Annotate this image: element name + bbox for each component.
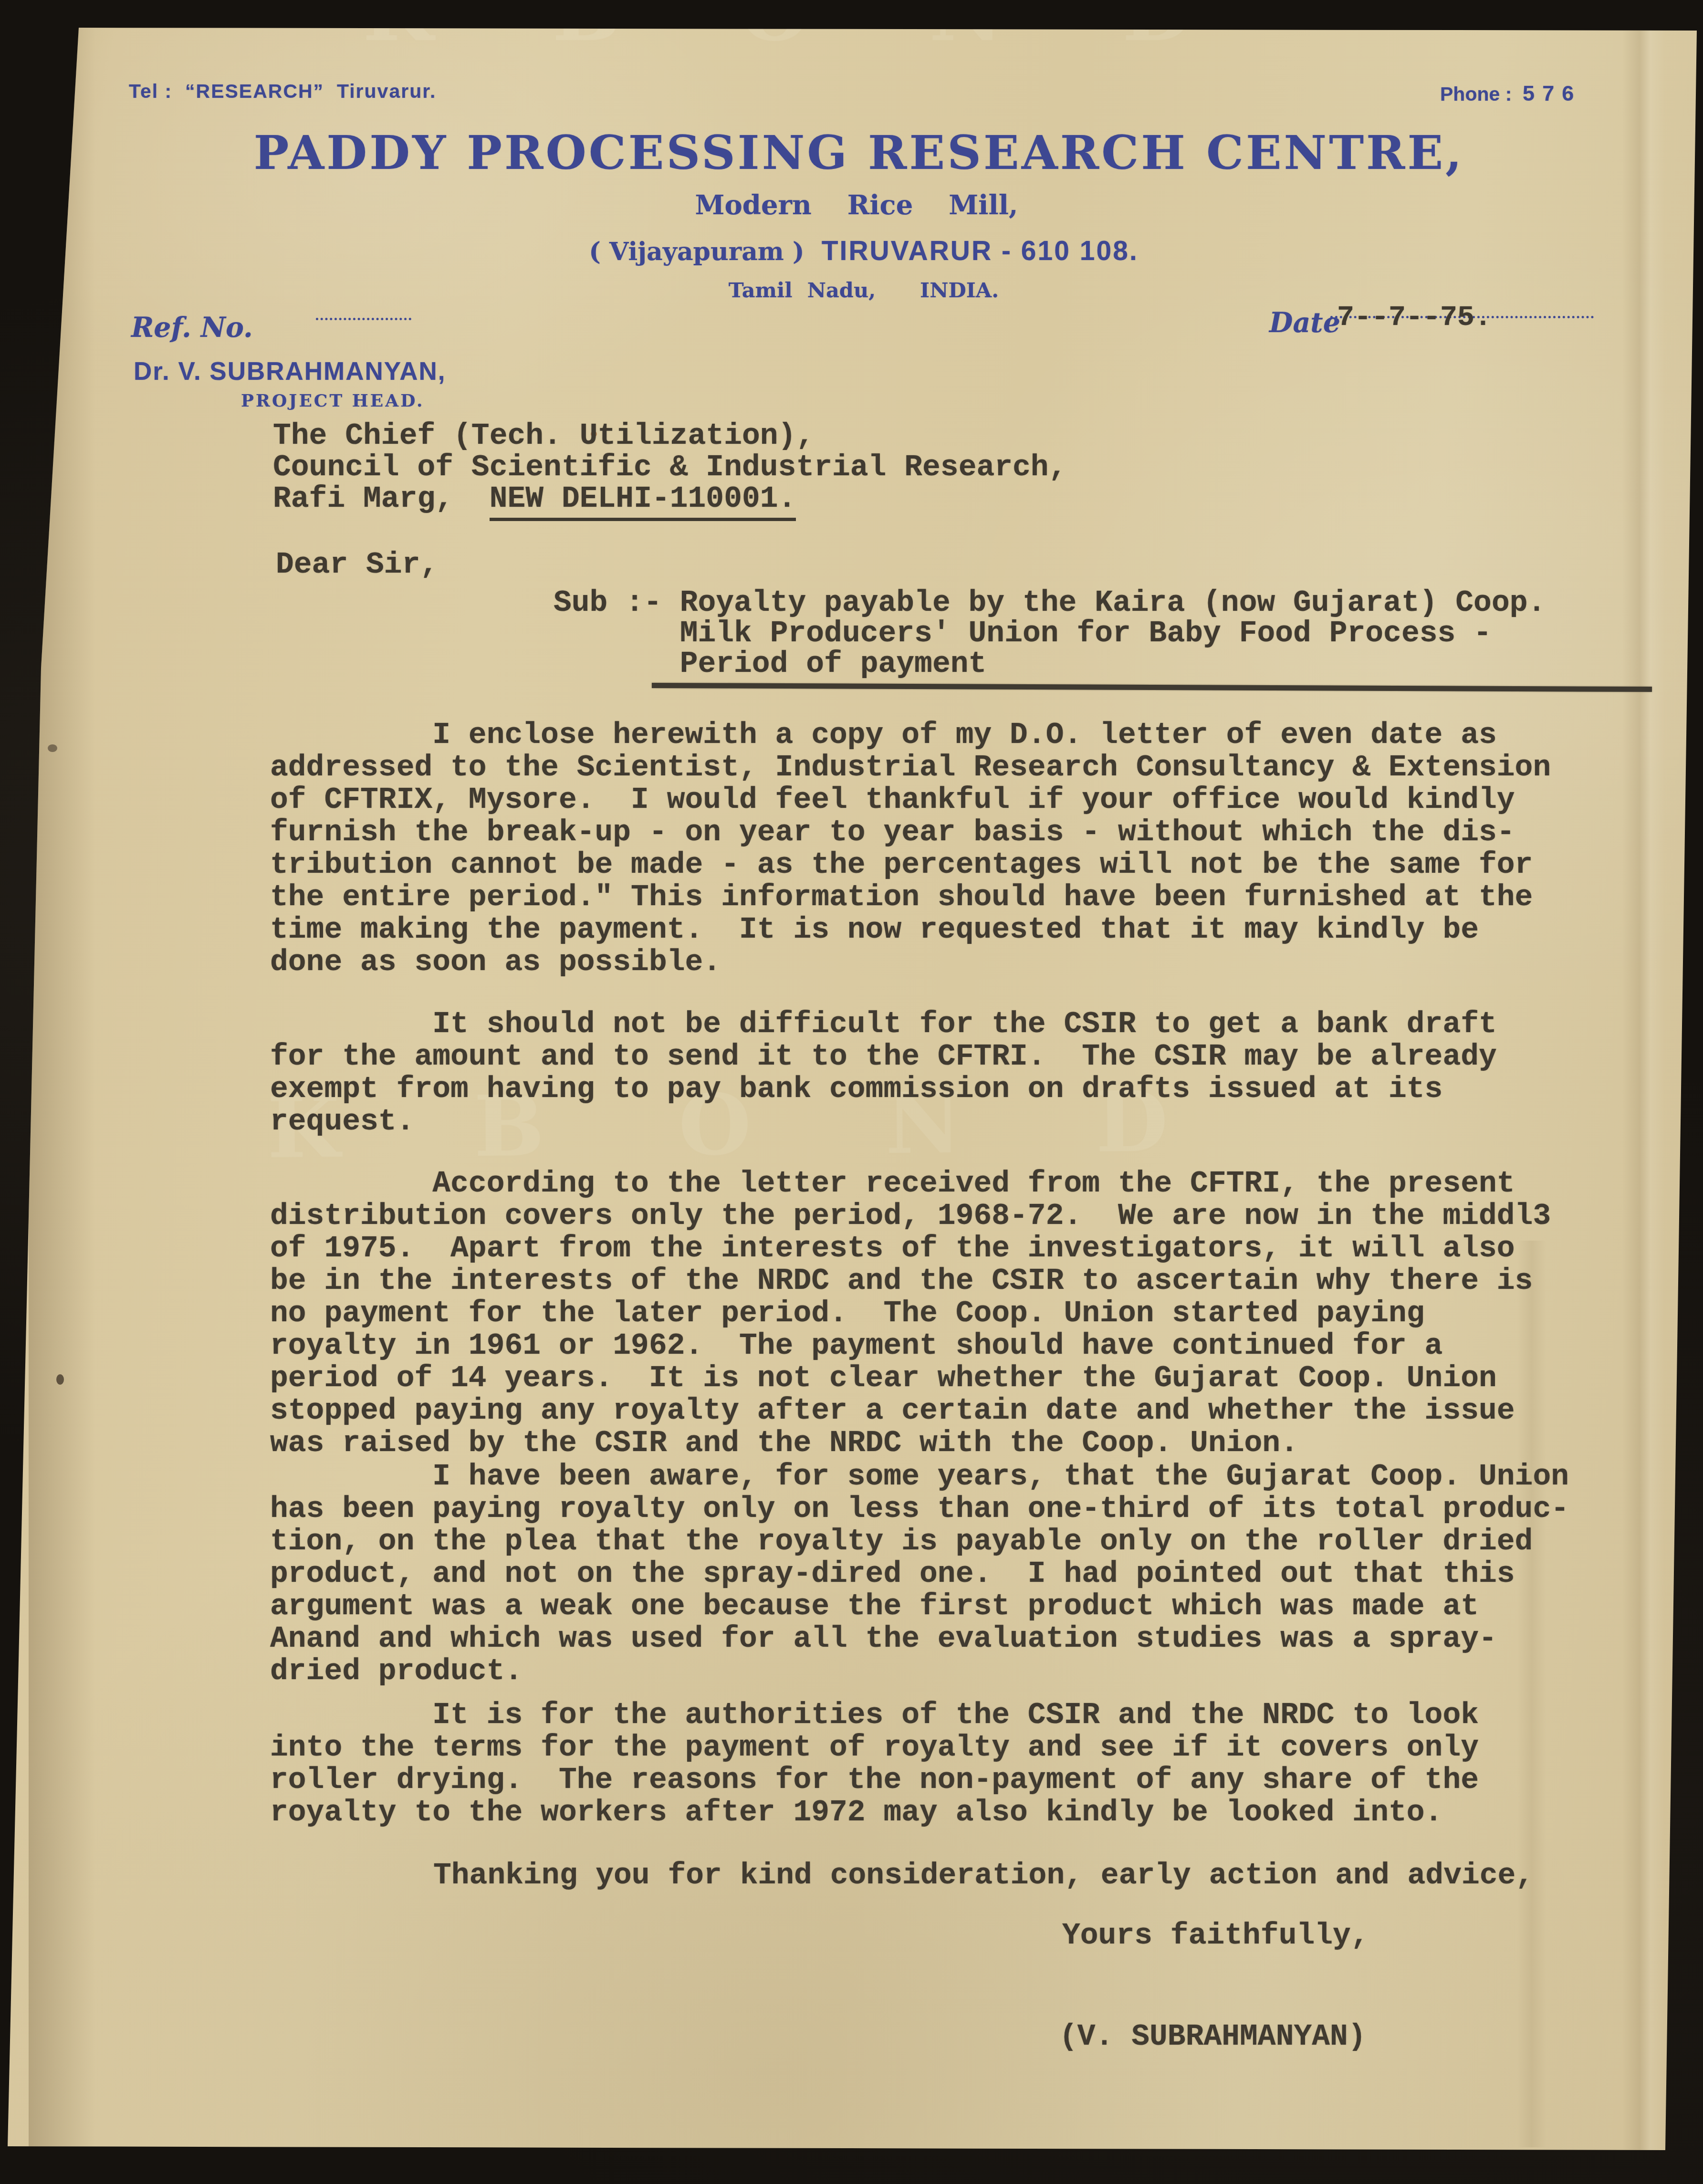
ref-no-label: Ref. No. — [131, 314, 253, 341]
telegram-address: Tel : “RESEARCH” Tiruvarur. — [129, 80, 436, 103]
paper-wrinkle-right — [1622, 0, 1665, 2184]
body-paragraph-1: I enclose herewith a copy of my D.O. let… — [270, 719, 1551, 979]
recipient-line3-prefix: Rafi Marg, — [273, 482, 490, 516]
recipient-city-underlined: NEW DELHI-110001. — [490, 482, 796, 521]
salutation: Dear Sir, — [276, 549, 438, 581]
letter-paper: K B O N D K B O N D Tel : “RESEARCH” Tir… — [0, 0, 1703, 2184]
subject-line2: Milk Producers' Union for Baby Food Proc… — [554, 617, 1492, 650]
organization-name: PADDY PROCESSING RESEARCH CENTRE, — [191, 130, 1527, 177]
recipient-line1: The Chief (Tech. Utilization), — [273, 419, 814, 453]
paper-left-shading — [29, 0, 95, 2184]
ink-speck — [56, 1374, 64, 1385]
typed-signature: (V. SUBRAHMANYAN) — [1059, 2021, 1366, 2053]
subject-block: Sub :- Royalty payable by the Kaira (now… — [554, 588, 1546, 679]
ref-no-blank-line — [316, 318, 411, 320]
subject-line3: Period of payment — [554, 647, 986, 681]
body-paragraph-4: I have been aware, for some years, that … — [270, 1461, 1569, 1688]
paper-watermark-top: K B O N D — [363, 0, 1238, 60]
typed-date: 7--7--75. — [1337, 303, 1492, 332]
recipient-line2: Council of Scientific & Industrial Resea… — [273, 450, 1066, 484]
organization-address: ( Vijayapuram ) TIRUVARUR - 610 108. — [191, 238, 1536, 265]
organization-subtitle: Modern Rice Mill, — [191, 192, 1522, 219]
body-paragraph-5: It is for the authorities of the CSIR an… — [270, 1699, 1479, 1829]
subject-line1: Sub :- Royalty payable by the Kaira (now… — [554, 586, 1546, 620]
date-label: Date — [1269, 309, 1340, 336]
organization-region: Tamil Nadu, INDIA. — [191, 281, 1536, 301]
phone-number: Phone : 576 — [1440, 81, 1581, 106]
subject-underline — [652, 683, 1652, 692]
recipient-address: The Chief (Tech. Utilization), Council o… — [273, 420, 1066, 515]
body-paragraph-2: It should not be difficult for the CSIR … — [270, 1008, 1497, 1138]
org-place-city: TIRUVARUR - 610 108. — [822, 236, 1139, 266]
body-paragraph-3: According to the letter received from th… — [270, 1168, 1551, 1460]
valediction: Yours faithfully, — [1062, 1920, 1369, 1952]
signatory-name-printed: Dr. V. SUBRAHMANYAN, — [134, 359, 446, 384]
org-place-area: ( Vijayapuram ) — [589, 237, 822, 266]
phone-label: Phone : — [1440, 83, 1523, 105]
phone-value: 576 — [1523, 81, 1581, 105]
signatory-title-printed: PROJECT HEAD. — [241, 392, 425, 409]
ink-speck — [48, 744, 57, 752]
fold-crease — [16, 26, 48, 675]
closing-thanks: Thanking you for kind consideration, ear… — [433, 1860, 1534, 1892]
